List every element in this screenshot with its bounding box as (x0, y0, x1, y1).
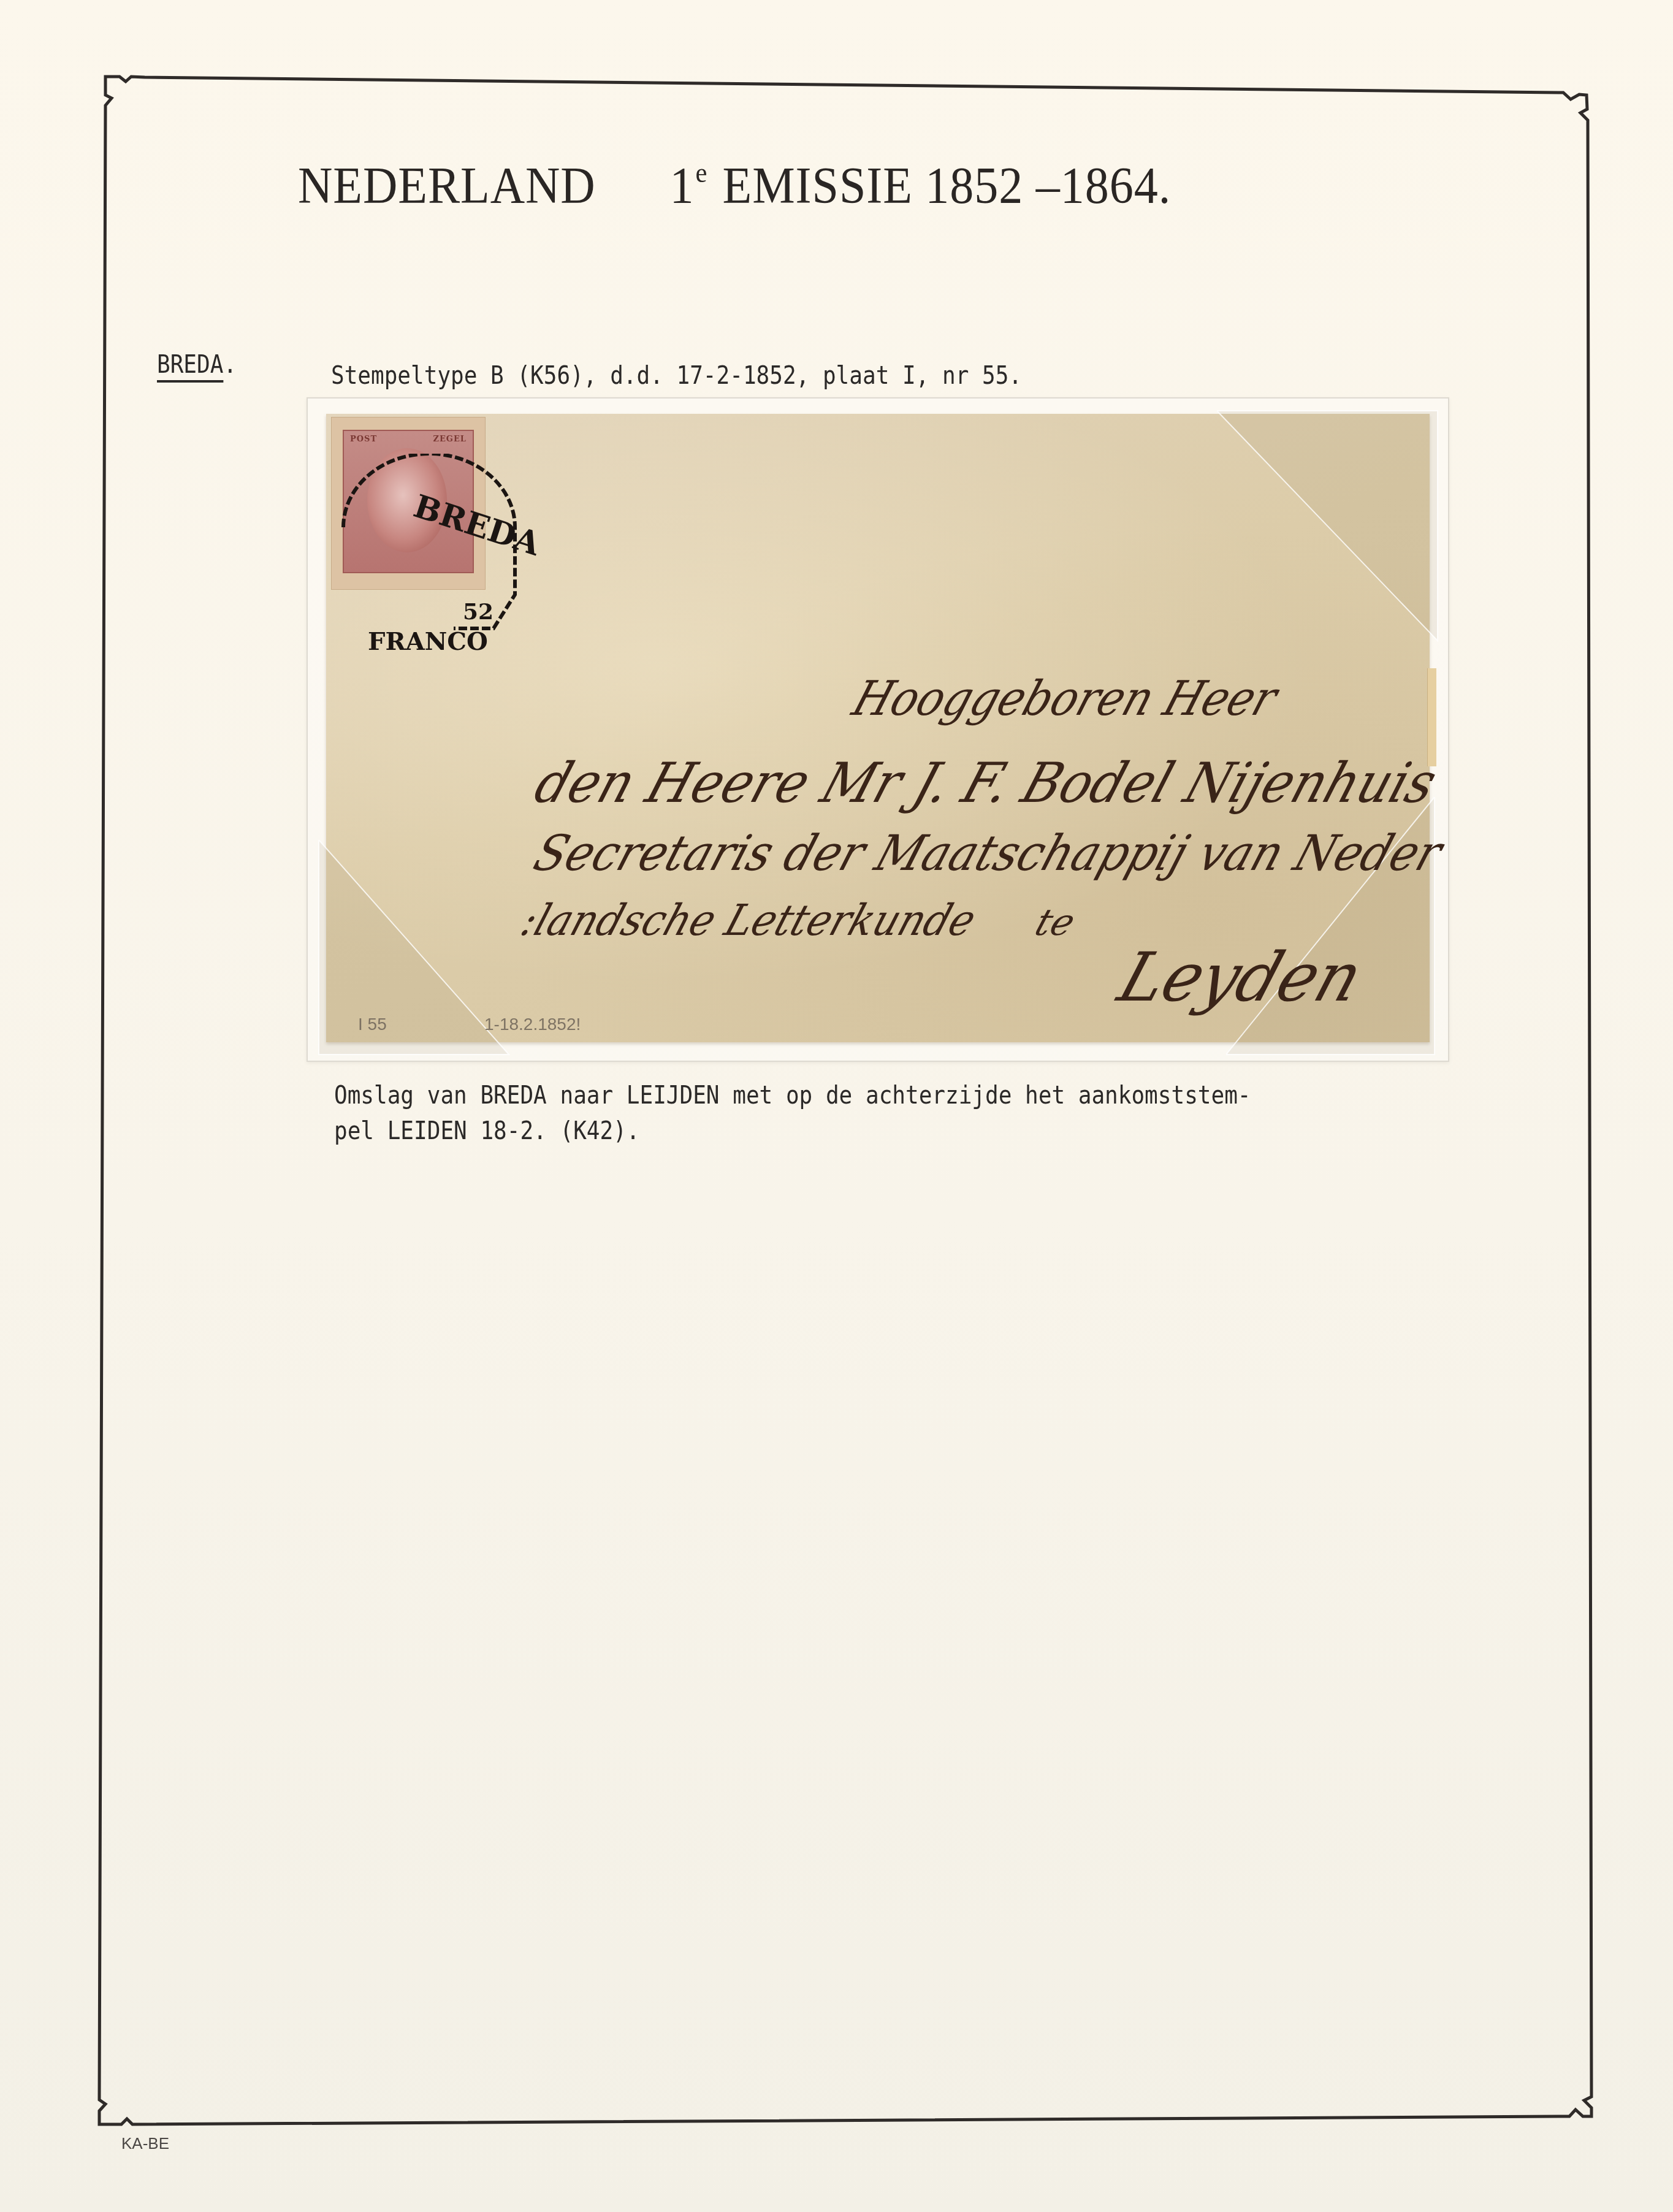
pencil-note-plate: I 55 (358, 1015, 387, 1034)
title-country: NEDERLAND (298, 156, 596, 216)
caption-line-1: Omslag van BREDA naar LEIJDEN met op de … (334, 1081, 1251, 1110)
address-line-1: Hooggeboren Heer (846, 671, 1284, 727)
address-line-4: :landsche Letterkunde (515, 895, 982, 945)
title-ordinal-suffix: e (695, 157, 707, 188)
svg-text:52: 52 (463, 599, 494, 625)
svg-text:BREDA: BREDA (409, 487, 539, 563)
city-heading: BREDA. (157, 351, 237, 379)
city-name: BREDA (157, 351, 223, 379)
address-line-3: Secretaris der Maatschappij van Neder (527, 825, 1449, 882)
address-line-2: den Heere Mr J. F. Bodel Nijenhuis (527, 751, 1444, 815)
page-title: NEDERLAND1eEMISSIE 1852 –1864. (298, 156, 1301, 216)
title-issue: EMISSIE 1852 –1864. (723, 158, 1172, 215)
postmark-description: Stempeltype B (K56), d.d. 17-2-1852, pla… (331, 362, 1022, 390)
svg-text:FRANCO: FRANCO (368, 627, 488, 656)
cover-caption: Omslag van BREDA naar LEIJDEN met op de … (334, 1078, 1251, 1149)
pencil-note-date: 1-18.2.1852! (484, 1015, 581, 1034)
breda-postmark: BREDA 52 FRANCO (331, 454, 539, 656)
address-city: Leyden (1110, 938, 1372, 1016)
caption-line-2: pel LEIDEN 18-2. (K42). (334, 1117, 640, 1145)
page-code: KA-BE (121, 2134, 169, 2153)
title-ordinal: 1e (670, 156, 723, 216)
